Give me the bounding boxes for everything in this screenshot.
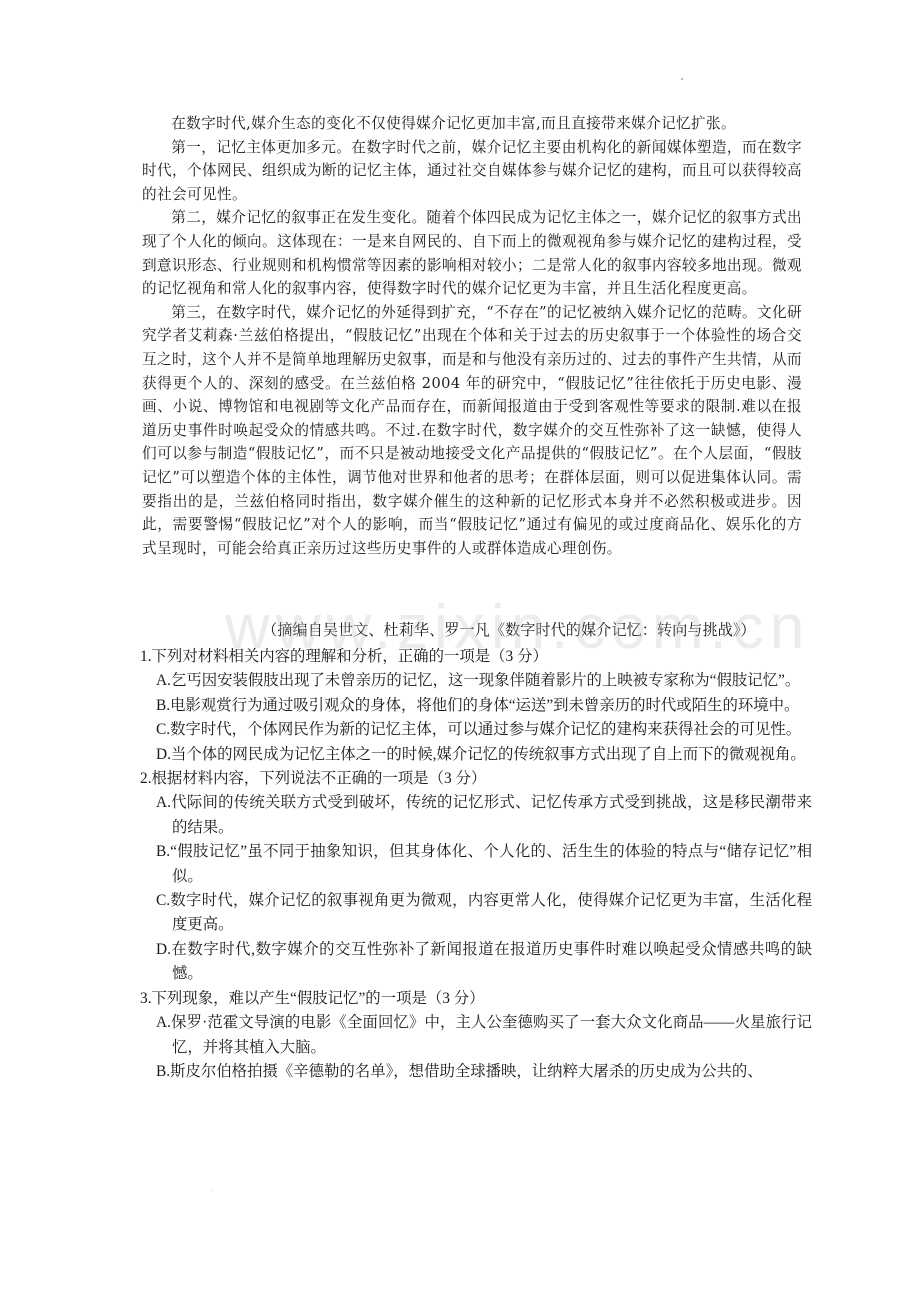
question-stem: 3.下列现象，难以产生“假肢记忆”的一项是（3 分） bbox=[140, 987, 812, 1011]
question-stem: 2.根据材料内容，下列说法不正确的一项是（3 分） bbox=[140, 767, 812, 791]
reading-passage: 在数字时代,媒介生态的变化不仅使得媒介记忆更加丰富,而且直接带来媒介记忆扩张。 … bbox=[142, 112, 802, 560]
option-b: B.电影观赏行为通过吸引观众的身体，将他们的身体“运送”到未曾亲历的时代或陌生的… bbox=[156, 694, 812, 718]
option-c: C.数字时代，个体网民作为新的记忆主体，可以通过参与媒介记忆的建构来获得社会的可… bbox=[156, 718, 812, 742]
option-d: D.在数字时代,数字媒介的交互性弥补了新闻报道在报道历史事件时难以唤起受众情感共… bbox=[156, 938, 812, 987]
passage-source: （摘编自吴世文、杜莉华、罗一凡《数字时代的媒介记忆：转向与挑战》） bbox=[262, 619, 822, 643]
option-b: B.“假肢记忆”虽不同于抽象知识，但其身体化、个人化的、活生生的体验的特点与“储… bbox=[156, 840, 812, 889]
document-page: 在数字时代,媒介生态的变化不仅使得媒介记忆更加丰富,而且直接带来媒介记忆扩张。 … bbox=[0, 0, 920, 1302]
question-1: 1.下列对材料相关内容的理解和分析，正确的一项是（3 分） A.乞丐因安装假肢出… bbox=[140, 645, 812, 767]
option-a: A.乞丐因安装假肢出现了未曾亲历的记忆，这一现象伴随着影片的上映被专家称为“假肢… bbox=[156, 669, 812, 693]
question-2: 2.根据材料内容，下列说法不正确的一项是（3 分） A.代际间的传统关联方式受到… bbox=[140, 767, 812, 987]
option-d: D.当个体的网民成为记忆主体之一的时候,媒介记忆的传统叙事方式出现了自上而下的微… bbox=[156, 743, 812, 767]
scan-dot bbox=[681, 78, 683, 80]
question-list: 1.下列对材料相关内容的理解和分析，正确的一项是（3 分） A.乞丐因安装假肢出… bbox=[140, 645, 812, 1084]
option-c: C.数字时代，媒介记忆的叙事视角更为微观，内容更常人化，使得媒介记忆更为丰富，生… bbox=[156, 889, 812, 938]
question-3: 3.下列现象，难以产生“假肢记忆”的一项是（3 分） A.保罗·范霍文导演的电影… bbox=[140, 987, 812, 1085]
passage-paragraph: 第二，媒介记忆的叙事正在发生变化。随着个体四民成为记忆主体之一，媒介记忆的叙事方… bbox=[142, 206, 802, 300]
option-b: B.斯皮尔伯格拍摄《辛德勒的名单》，想借助全球播映，让纳粹大屠杀的历史成为公共的… bbox=[156, 1060, 812, 1084]
passage-paragraph: 第三，在数字时代，媒介记忆的外延得到扩充，“不存在”的记忆被纳入媒介记忆的范畴。… bbox=[142, 301, 802, 561]
scan-dot bbox=[211, 1190, 212, 1191]
question-stem: 1.下列对材料相关内容的理解和分析，正确的一项是（3 分） bbox=[140, 645, 812, 669]
passage-paragraph: 在数字时代,媒介生态的变化不仅使得媒介记忆更加丰富,而且直接带来媒介记忆扩张。 bbox=[142, 112, 802, 136]
passage-paragraph: 第一，记忆主体更加多元。在数字时代之前，媒介记忆主要由机构化的新闻媒体塑造，而在… bbox=[142, 136, 802, 207]
option-a: A.代际间的传统关联方式受到破坏，传统的记忆形式、记忆传承方式受到挑战，这是移民… bbox=[156, 791, 812, 840]
option-a: A.保罗·范霍文导演的电影《全面回忆》中，主人公奎德购买了一套大众文化商品——火… bbox=[156, 1011, 812, 1060]
